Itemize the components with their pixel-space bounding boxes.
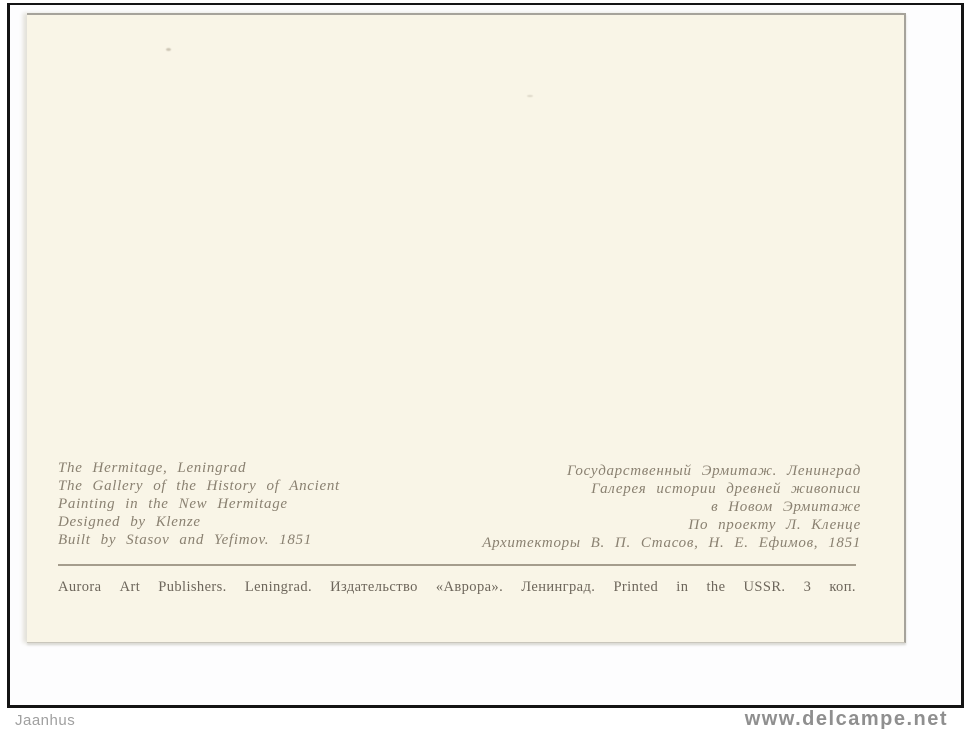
imprint-word: коп. bbox=[829, 579, 856, 596]
caption-en-line: Painting in the New Hermitage bbox=[58, 495, 340, 513]
divider-rule bbox=[58, 564, 856, 566]
postcard-back: The Hermitage, Leningrad The Gallery of … bbox=[27, 13, 906, 643]
imprint-word: Ленинград. bbox=[521, 579, 595, 596]
caption-russian: Государственный Эрмитаж. Ленинград Галер… bbox=[482, 462, 861, 552]
caption-ru-line: Государственный Эрмитаж. Ленинград bbox=[482, 462, 861, 480]
watermark-site: www.delcampe.net bbox=[745, 708, 948, 730]
imprint-word: Издательство bbox=[330, 579, 418, 596]
imprint-word: the bbox=[706, 579, 725, 596]
imprint-word: Printed bbox=[613, 579, 658, 596]
imprint-word: «Аврора». bbox=[436, 579, 503, 596]
imprint-word: 3 bbox=[804, 579, 812, 596]
caption-ru-line: По проекту Л. Кленце bbox=[482, 516, 861, 534]
watermark-seller: Jaanhus bbox=[15, 712, 75, 729]
imprint-word: Leningrad. bbox=[245, 579, 312, 596]
caption-ru-line: Галерея истории древней живописи bbox=[482, 480, 861, 498]
caption-ru-line: Архитекторы В. П. Стасов, Н. Е. Ефимов, … bbox=[482, 534, 861, 552]
caption-en-line: Built by Stasov and Yefimov. 1851 bbox=[58, 531, 340, 549]
imprint-word: in bbox=[676, 579, 688, 596]
caption-en-line: Designed by Klenze bbox=[58, 513, 340, 531]
publisher-imprint: Aurora Art Publishers. Leningrad. Издате… bbox=[58, 579, 856, 596]
caption-ru-line: в Новом Эрмитаже bbox=[482, 498, 861, 516]
caption-en-line: The Gallery of the History of Ancient bbox=[58, 477, 340, 495]
imprint-word: Art bbox=[120, 579, 141, 596]
imprint-word: Aurora bbox=[58, 579, 101, 596]
imprint-word: USSR. bbox=[744, 579, 786, 596]
caption-en-line: The Hermitage, Leningrad bbox=[58, 459, 340, 477]
imprint-word: Publishers. bbox=[158, 579, 226, 596]
caption-english: The Hermitage, Leningrad The Gallery of … bbox=[58, 459, 340, 549]
